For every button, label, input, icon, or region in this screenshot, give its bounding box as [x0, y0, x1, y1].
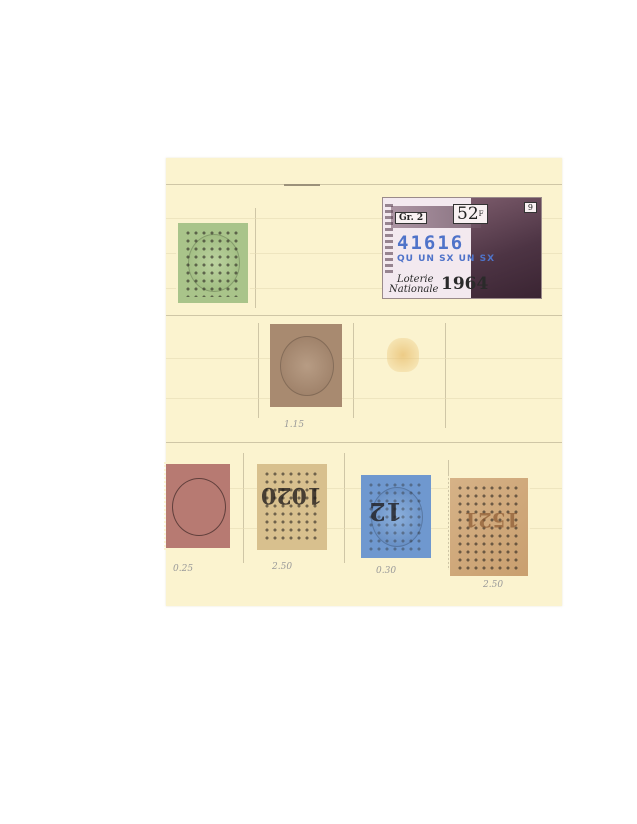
header-mark [284, 184, 320, 186]
price-annotation: 0.25 [173, 564, 193, 574]
divider-row1 [166, 315, 562, 316]
cameo-portrait [280, 336, 334, 396]
postmark-number: 1521 [464, 508, 520, 532]
circular-datestamp [172, 478, 226, 536]
ticket-code: QU UN SX UN SX [397, 254, 495, 264]
divider-top [166, 184, 562, 185]
postmark-number: 12 [369, 497, 402, 526]
ticket-price: 52F [453, 204, 488, 224]
cell-border [243, 453, 244, 563]
lottery-ticket: Gr. 2 52F 9 41616 QU UN SX UN SX Loterie… [382, 197, 542, 299]
price-currency: F [479, 210, 484, 218]
stamp-brown [270, 324, 342, 407]
cell-border [445, 323, 446, 428]
ticket-group: Gr. 2 [395, 212, 427, 224]
ticket-year: 1964 [441, 274, 488, 294]
ticket-title-line2: Nationale [389, 284, 438, 295]
cell-border [353, 323, 354, 418]
stamp-bistre: 1020 [257, 464, 327, 550]
postmark-number: 1020 [261, 482, 322, 508]
cell-border [344, 453, 345, 563]
divider-row2 [166, 442, 562, 443]
cell-border [258, 323, 259, 418]
stamp-green [178, 223, 248, 303]
price-annotation: 2.50 [483, 580, 503, 590]
postmark-dots [184, 229, 242, 297]
cell-border [255, 208, 256, 308]
price-annotation: 2.50 [272, 562, 292, 572]
ticket-side-pattern [385, 204, 393, 274]
price-annotation: 0.30 [376, 566, 396, 576]
cell-border [448, 460, 449, 570]
ticket-series: 9 [524, 202, 537, 213]
stamp-blue: 12 [361, 475, 431, 558]
price-annotation: 1.15 [284, 420, 304, 430]
stamp-rose [166, 464, 230, 548]
ticket-number: 41616 [397, 232, 464, 254]
glue-stain [387, 338, 419, 372]
stamp-orange-brown: 1521 [450, 478, 528, 576]
price-value: 52 [457, 204, 479, 224]
